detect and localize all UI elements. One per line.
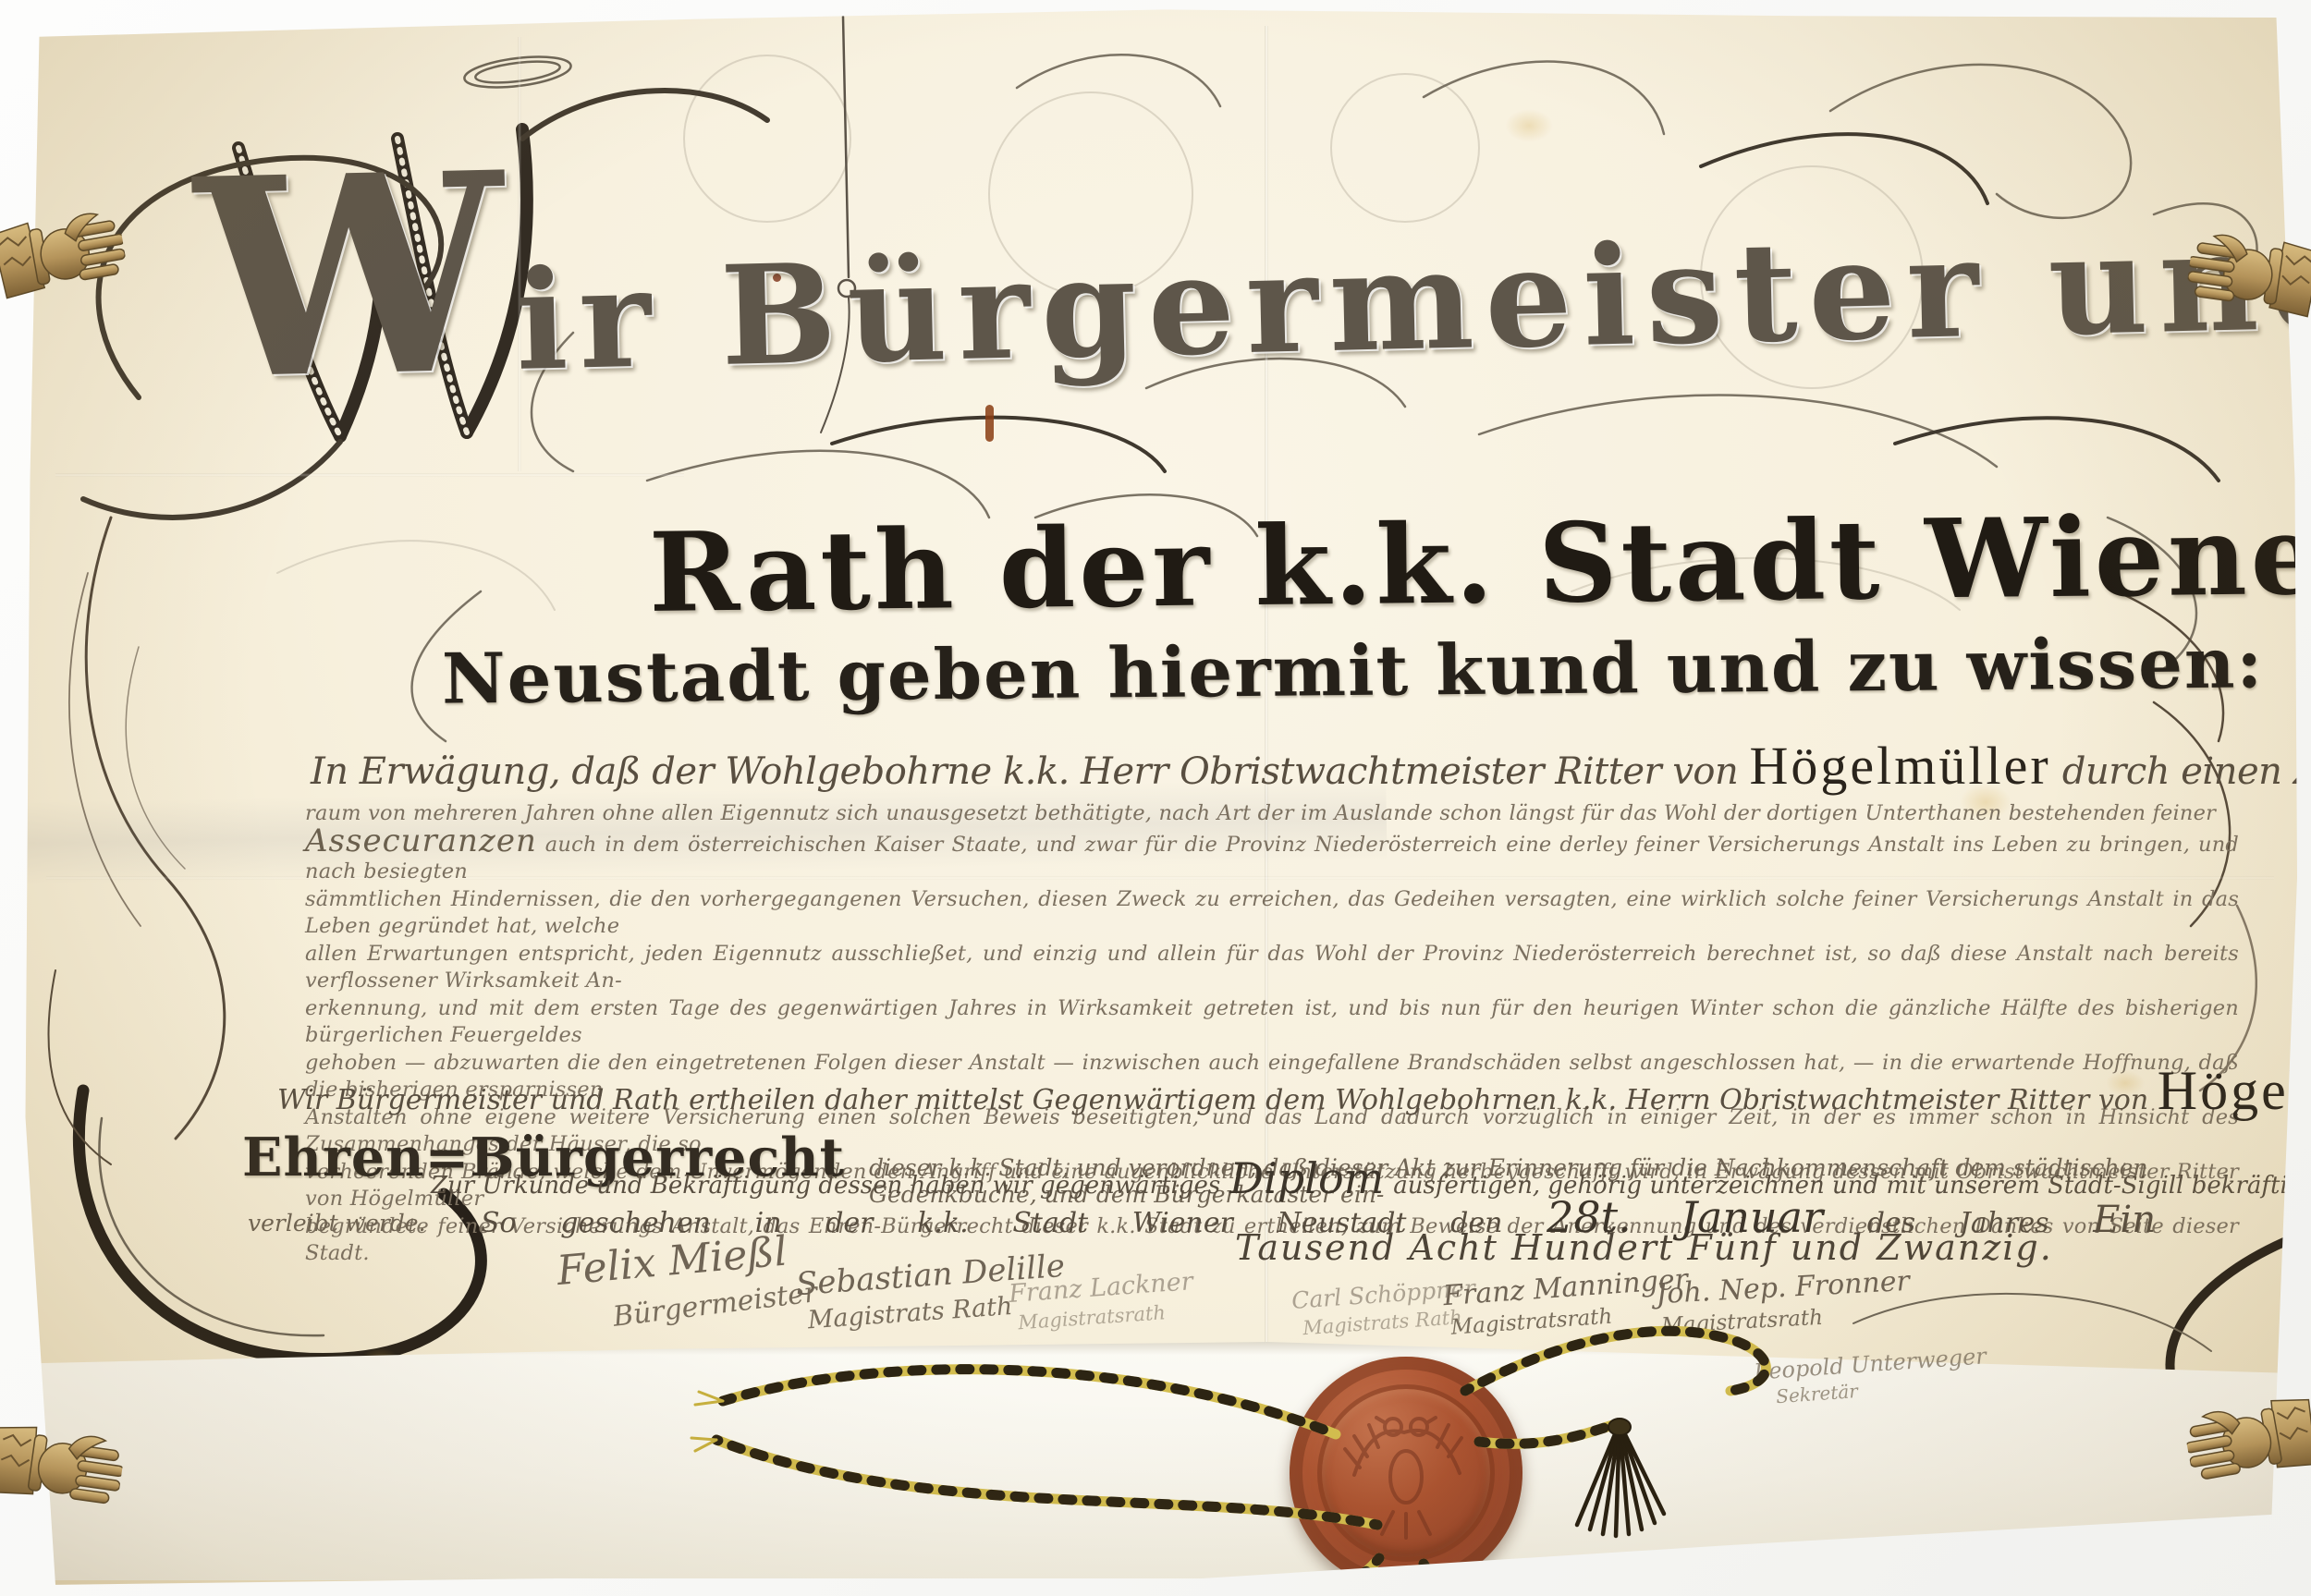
- body-line: sämmtlichen Hindernissen, die den vorher…: [305, 886, 2239, 941]
- body-line: Assecuranzen auch in dem österreichische…: [305, 828, 2239, 886]
- initial-letter: W: [193, 136, 512, 417]
- ink-rust-mark: [985, 405, 994, 442]
- fold-crease-top: [55, 473, 684, 477]
- double-eagle-icon: [1290, 1357, 1522, 1590]
- body-line: allen Erwartungen entspricht, jeden Eige…: [305, 941, 2239, 995]
- body-line: erkennung, und mit dem ersten Tage des g…: [305, 995, 2239, 1050]
- signature-lackner: Franz Lackner Magistratsrath: [1008, 1267, 1195, 1334]
- year-in-words: Tausend Acht Hundert Fünf und Zwanzig.: [1235, 1227, 2053, 1268]
- signature-fronner: Joh. Nep. Fronner Magistratsrath: [1655, 1265, 1912, 1338]
- photo-backdrop: Wir Bürgermeister und Rath der k.k. Stad…: [0, 0, 2311, 1596]
- title-line-3: Neustadt geben hiermit kund und zu wisse…: [442, 622, 2265, 719]
- body-line: raum von mehreren Jahren ohne allen Eige…: [305, 800, 2239, 828]
- parchment-document: Wir Bürgermeister und Rath der k.k. Stad…: [0, 0, 2311, 1596]
- signature-manninger: Franz Manninger Magistratsrath: [1442, 1263, 1691, 1340]
- title-line-2: Rath der k.k. Stadt Wiener: [648, 490, 2311, 637]
- brass-hand-clasp-bottom-left: [0, 1411, 128, 1521]
- honoree-name: Högelmüller: [1749, 736, 2050, 796]
- honoree-name: Högelmüller: [2158, 1060, 2311, 1121]
- title-line-1: Wir Bürgermeister und: [193, 93, 2311, 416]
- lead-word-assecuranzen: Assecuranzen: [305, 822, 537, 859]
- wax-seal: [1290, 1357, 1522, 1590]
- brass-hand-clasp-top-right: [2183, 219, 2311, 329]
- grant-line-1: Wir Bürgermeister und Rath ertheilen dah…: [277, 1059, 2204, 1123]
- intro-line: In Erwägung, daß der Wohlgebohrne k.k. H…: [311, 735, 2311, 797]
